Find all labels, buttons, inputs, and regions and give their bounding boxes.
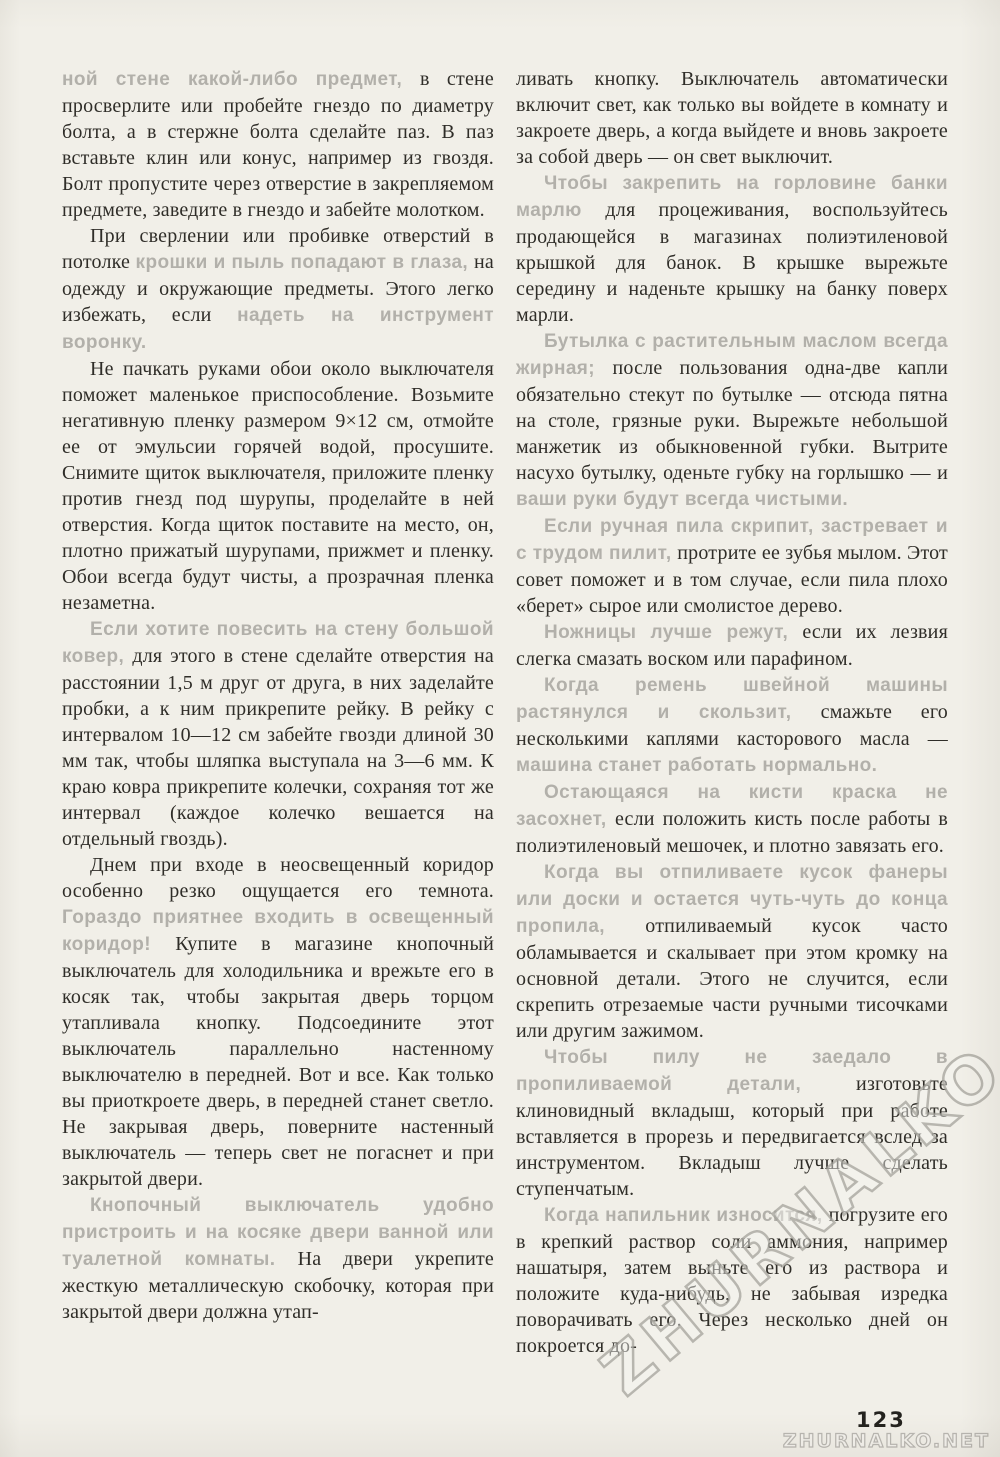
text-run: в стене просверлите или пробейте гнездо … — [62, 68, 494, 221]
paragraph: При сверлении или пробивке отверстий в п… — [62, 223, 494, 356]
text-column-right: ливать кнопку. Выключатель автоматически… — [516, 66, 948, 1359]
footer-watermark: ZHURNALKO.NET — [783, 1430, 990, 1452]
paragraph: Ножницы лучше режут, если их лезвия слег… — [516, 619, 948, 672]
paragraph: Когда вы отпиливаете кусок фанеры или до… — [516, 859, 948, 1044]
text-columns: ной стене какой-либо предмет, в стене пр… — [62, 66, 948, 1359]
highlighted-text-run: ваши руки будут всегда чистыми. — [516, 489, 848, 510]
paragraph: ливать кнопку. Выключатель автоматически… — [516, 66, 948, 170]
text-run: для этого в стене сделайте отверстия на … — [62, 645, 494, 850]
text-run: Купите в магазине кнопочный выключатель … — [62, 933, 494, 1190]
paragraph: Когда напильник износится, погрузите его… — [516, 1202, 948, 1359]
paragraph: Когда ремень швейной машины растянулся и… — [516, 672, 948, 779]
page-number: 123 — [856, 1408, 906, 1432]
highlighted-text-run: ной стене какой-либо предмет, — [62, 69, 420, 90]
paragraph: Бутылка с растительным маслом всегда жир… — [516, 328, 948, 513]
text-run: ливать кнопку. Выключатель автоматически… — [516, 68, 948, 168]
scanned-page: ной стене какой-либо предмет, в стене пр… — [0, 0, 1000, 1457]
paragraph: Если хотите повесить на стену большой ко… — [62, 616, 494, 852]
highlighted-text-run: машина станет работать нормально. — [516, 755, 877, 776]
highlighted-text-run: Ножницы лучше режут, — [544, 622, 802, 643]
paragraph: Кнопочный выключатель удобно пристроить … — [62, 1192, 494, 1325]
highlighted-text-run: Когда напильник износится, — [544, 1205, 829, 1226]
paragraph: ной стене какой-либо предмет, в стене пр… — [62, 66, 494, 223]
text-column-left: ной стене какой-либо предмет, в стене пр… — [62, 66, 494, 1359]
text-run: Не пачкать руками обои около выключателя… — [62, 358, 494, 614]
paragraph: Не пачкать руками обои около выключателя… — [62, 356, 494, 616]
paragraph: Остающаяся на кисти краска не засохнет, … — [516, 779, 948, 859]
text-run: Днем при входе в неосвещенный коридор ос… — [62, 854, 494, 902]
highlighted-text-run: крошки и пыль попадают в глаза, — [136, 252, 474, 273]
text-run: погрузите его в крепкий раствор соли амм… — [516, 1204, 948, 1357]
paragraph: Чтобы пилу не заедало в пропиливаемой де… — [516, 1044, 948, 1202]
paragraph: Чтобы закрепить на горловине банки марлю… — [516, 170, 948, 328]
paragraph: Днем при входе в неосвещенный коридор ос… — [62, 852, 494, 1192]
paragraph: Если ручная пила скрипит, застревает и с… — [516, 513, 948, 619]
